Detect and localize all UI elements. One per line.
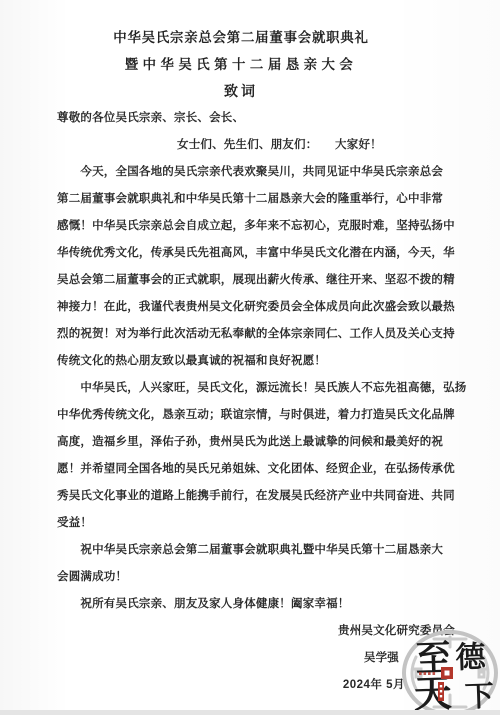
paragraph-4: 祝所有吴氏宗亲、朋友及家人身体健康！阖家幸福！ [57,591,455,618]
text-line: 会圆满成功！ [57,564,455,591]
text-line: 中华吴氏，人兴家旺，吴氏文化，源远流长！吴氏族人不忘先祖高德，弘扬 [57,375,455,402]
seal-char-xia: 下 [464,679,494,713]
title-line-1: 中华吴氏宗亲总会第二届董事会就职典礼 [57,24,425,51]
seal-glyphs: 至 德 天 下 [412,636,495,715]
letter-body: 中华吴氏宗亲总会第二届董事会就职典礼 暨中华吴氏第十二届恳亲大会 致词 尊敬的各… [57,24,455,699]
paragraph-1: 今天，全国各地的吴氏宗亲代表欢聚吴川，共同见证中华吴氏宗亲总会第二届董事会就职典… [57,159,455,375]
text-line: 第二届董事会就职典礼和中华吴氏第十二届恳亲大会的隆重举行，心中非常 [57,186,455,213]
paragraph-3: 祝中华吴氏宗亲总会第二届董事会就职典礼暨中华吴氏第十二届恳亲大会圆满成功！ [57,537,455,591]
text-line: 祝所有吴氏宗亲、朋友及家人身体健康！阖家幸福！ [57,591,455,618]
text-line: 吴总会第二届董事会的正式就职，展现出薪火传承、继往开来、坚忍不拨的精 [57,267,455,294]
title-line-2: 暨中华吴氏第十二届恳亲大会 [57,51,425,78]
text-line: 秀吴氏文化事业的道路上能携手前行，在发展吴氏经济产业中共同奋进、共同 [57,483,455,510]
text-line: 今天，全国各地的吴氏宗亲代表欢聚吴川，共同见证中华吴氏宗亲总会 [57,159,455,186]
text-line: 祝中华吴氏宗亲总会第二届董事会就职典礼暨中华吴氏第十二届恳亲大 [57,537,455,564]
signature-block: 贵州吴文化研究委员会 吴学强 2024年 5月 [57,618,455,699]
text-line: 感慨！中华吴氏宗亲总会自成立起，多年来不忘初心，克服时难，坚持弘扬中 [57,213,455,240]
photo-bottom-edge [0,710,500,715]
seal-char-de: 德 [455,641,487,675]
document-page: 中华吴氏宗亲总会第二届董事会就职典礼 暨中华吴氏第十二届恳亲大会 致词 尊敬的各… [0,0,500,715]
section-heading: 致词 [57,78,425,105]
text-line: 神接力！在此，我谨代表贵州吴文化研究委员会全体成员向此次盛会致以最热 [57,294,455,321]
paragraph-2: 中华吴氏，人兴家旺，吴氏文化，源远流长！吴氏族人不忘先祖高德，弘扬中华优秀传统文… [57,375,455,537]
text-line: 愿！并希望同全国各地的吴氏兄弟姐妹、文化团体、经贸企业，在弘扬传承优 [57,456,455,483]
signature-date: 2024年 5月 [57,672,455,699]
signature-name: 吴学强 [57,645,455,672]
text-line: 烈的祝贺！对为举行此次活动无私奉献的全体宗亲同仁、工作人员及关心支持 [57,321,455,348]
title-block: 中华吴氏宗亲总会第二届董事会就职典礼 暨中华吴氏第十二届恳亲大会 致词 [57,24,455,105]
text-line: 受益！ [57,510,455,537]
text-line: 高度，造福乡里，泽佑子孙，贵州吴氏为此送上最诚挚的问候和最美好的祝 [57,429,455,456]
text-line: 华传统优秀文化，传承吴氏先祖高风，丰富中华吴氏文化潜在内涵，今天，华 [57,240,455,267]
seal-char-tian: 天 [413,673,452,715]
text-line: 传统文化的热心朋友致以最真诚的祝福和良好祝愿！ [57,348,455,375]
salutation-line-1: 尊敬的各位吴氏宗亲、宗长、会长、 [57,105,455,132]
text-line: 中华优秀传统文化，恳亲互动；联谊宗情，与时俱进，着力打造吴氏文化品牌 [57,402,455,429]
signature-organization: 贵州吴文化研究委员会 [57,618,455,645]
salutation-line-2: 女士们、先生们、朋友们： 大家好！ [57,132,455,159]
zhide-tianxia-seal-icon: 至 德 天 下 [400,627,500,715]
